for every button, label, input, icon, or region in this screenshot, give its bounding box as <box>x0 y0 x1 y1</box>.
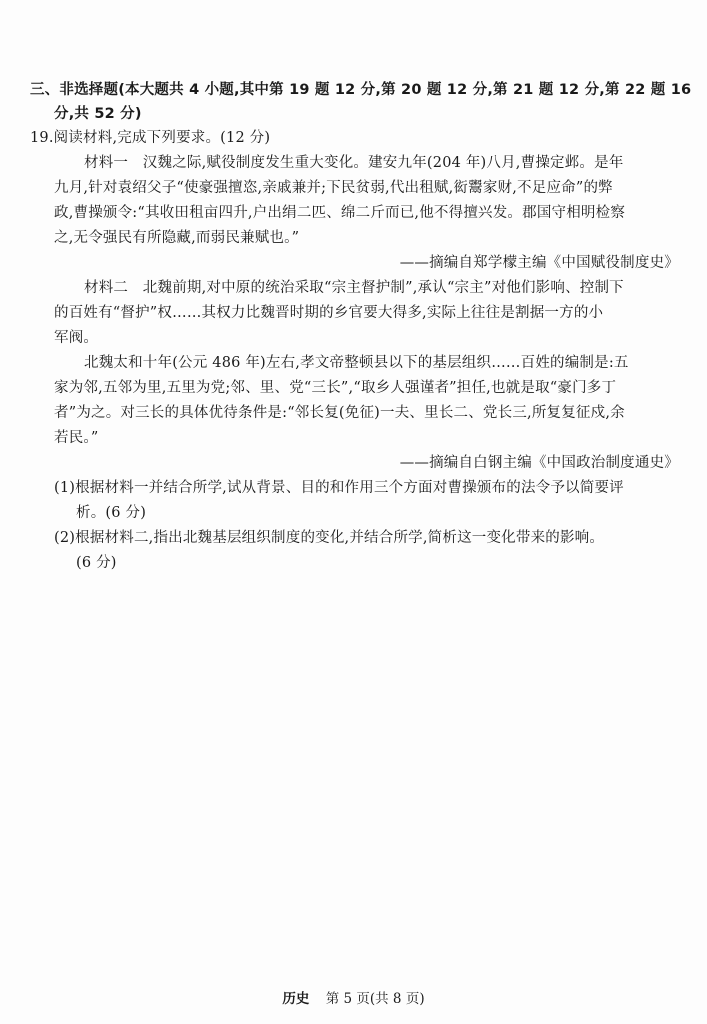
sub-question-2-score: (6 分) <box>76 553 117 573</box>
material1-line: 政,曹操颁令:“其收田租亩四升,户出绢二匹、绵二斤而已,他不得擅兴发。郡国守相明… <box>54 203 625 223</box>
material1-line: 之,无令强民有所隐藏,而弱民兼赋也。” <box>54 228 299 248</box>
section-heading-line2: 分,共 52 分) <box>54 104 142 124</box>
material2-line: 的百姓有“督护”权……其权力比魏晋时期的乡官要大得多,实际上往往是割据一方的小 <box>54 303 603 323</box>
material2-line: 材料二 北魏前期,对中原的统治采取“宗主督护制”,承认“宗主”对他们影响、控制下 <box>84 278 624 298</box>
material1-line: 材料一 汉魏之际,赋役制度发生重大变化。建安九年(204 年)八月,曹操定邺。是… <box>84 153 624 173</box>
material2-line: 军阀。 <box>54 328 98 348</box>
material2-line: 北魏太和十年(公元 486 年)左右,孝文帝整顿县以下的基层组织……百姓的编制是… <box>84 353 629 373</box>
page-footer: 历史 第 5 页(共 8 页) <box>0 987 707 1007</box>
page-number: 第 5 页(共 8 页) <box>326 991 425 1007</box>
sub-question-1: (1)根据材料一并结合所学,试从背景、目的和作用三个方面对曹操颁布的法令予以简要… <box>54 478 624 498</box>
section-heading-line1: 三、非选择题(本大题共 4 小题,其中第 19 题 12 分,第 20 题 12… <box>30 80 691 100</box>
material2-line: 若民。” <box>54 428 98 448</box>
sub-question-1-score: 析。(6 分) <box>76 503 146 523</box>
material1-line: 九月,针对袁绍父子“使豪强擅恣,亲戚兼并;下民贫弱,代出租赋,衒鬻家财,不足应命… <box>54 178 613 198</box>
material2-line: 者”为之。对三长的具体优待条件是:“邻长复(免征)一夫、里长二、党长三,所复复征… <box>54 403 625 423</box>
sub-question-2: (2)根据材料二,指出北魏基层组织制度的变化,并结合所学,简析这一变化带来的影响… <box>54 528 604 548</box>
question-stem: 19.阅读材料,完成下列要求。(12 分) <box>30 128 270 148</box>
material2-line: 家为邻,五邻为里,五里为党;邻、里、党“三长”,“取乡人强谨者”担任,也就是取“… <box>54 378 616 398</box>
subject-label: 历史 <box>282 991 309 1007</box>
material2-source: ——摘编自白钢主编《中国政治制度通史》 <box>400 453 679 473</box>
material1-source: ——摘编自郑学檬主编《中国赋役制度史》 <box>400 253 679 273</box>
